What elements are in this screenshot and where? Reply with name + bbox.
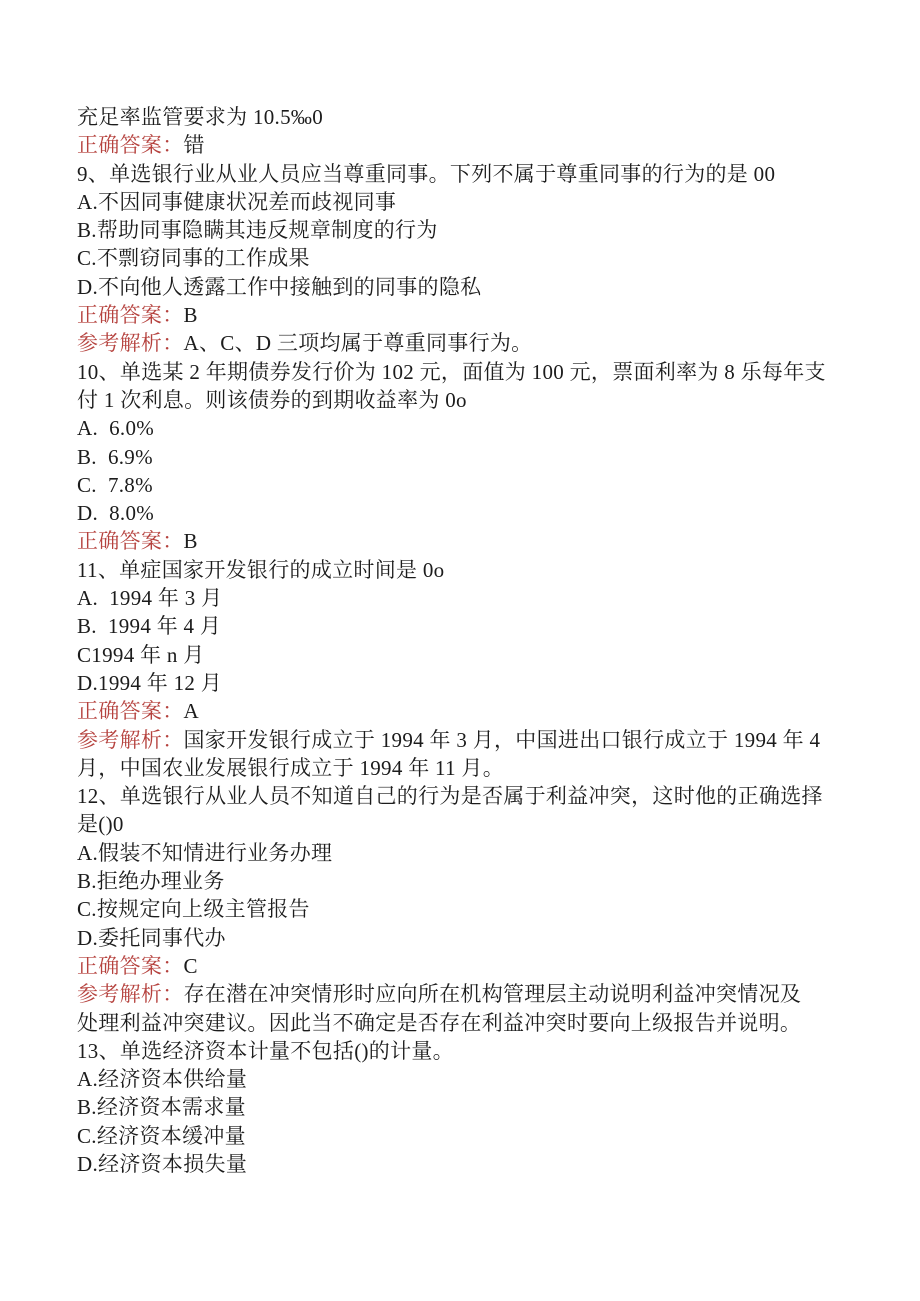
line-text: A. 6.0%: [77, 416, 154, 440]
question-line: 9、单选银行业从业人员应当尊重同事。下列不属于尊重同事的行为的是 00: [77, 160, 859, 188]
line-text: 月，中国农业发展银行成立于 1994 年 11 月。: [77, 756, 504, 780]
line-text: D. 8.0%: [77, 501, 154, 525]
line-text: C.经济资本缓冲量: [77, 1124, 246, 1148]
line-text: A、C、D 三项均属于尊重同事行为。: [184, 331, 533, 355]
option-line: C.经济资本缓冲量: [77, 1122, 859, 1150]
line-text: 9、单选银行业从业人员应当尊重同事。下列不属于尊重同事的行为的是 00: [77, 162, 775, 186]
line-text: 10、单选某 2 年期债券发行价为 102 元，面值为 100 元，票面利率为 …: [77, 360, 826, 384]
option-line: B.帮助同事隐瞒其违反规章制度的行为: [77, 216, 859, 244]
line-text: 是()0: [77, 812, 124, 836]
analysis-line: 参考解析：A、C、D 三项均属于尊重同事行为。: [77, 329, 859, 357]
line-text: 付 1 次利息。则该债券的到期收益率为 0o: [77, 388, 467, 412]
option-line: C.按规定向上级主管报告: [77, 895, 859, 923]
option-line: C.不剽窃同事的工作成果: [77, 244, 859, 272]
line-text: 存在潜在冲突情形时应向所在机构管理层主动说明利益冲突情况及: [184, 982, 802, 1006]
line-text: C.不剽窃同事的工作成果: [77, 246, 310, 270]
line-text: C.按规定向上级主管报告: [77, 897, 310, 921]
option-line: A. 1994 年 3 月: [77, 584, 859, 612]
answer-line: 正确答案：错: [77, 131, 859, 159]
text-line: 充足率监管要求为 10.5‰0: [77, 103, 859, 131]
option-line: D.经济资本损失量: [77, 1150, 859, 1178]
answer-line: 正确答案：C: [77, 952, 859, 980]
line-text: A.假装不知情进行业务办理: [77, 841, 332, 865]
line-text: A.经济资本供给量: [77, 1067, 247, 1091]
correct-answer-label: 正确答案：: [77, 529, 184, 553]
line-text: A. 1994 年 3 月: [77, 586, 222, 610]
line-text: 错: [184, 133, 205, 157]
answer-line: 正确答案：A: [77, 697, 859, 725]
line-text: B.帮助同事隐瞒其违反规章制度的行为: [77, 218, 438, 242]
line-text: 国家开发银行成立于 1994 年 3 月，中国进出口银行成立于 1994 年 4: [184, 728, 821, 752]
line-text: D.1994 年 12 月: [77, 671, 222, 695]
line-text: 处理利益冲突建议。因此当不确定是否存在利益冲突时要向上级报告并说明。: [77, 1011, 801, 1035]
line-text: C: [184, 954, 198, 978]
answer-line: 正确答案：B: [77, 527, 859, 555]
question-line: 12、单选银行从业人员不知道自己的行为是否属于利益冲突，这时他的正确选择: [77, 782, 859, 810]
line-text: 11、单症国家开发银行的成立时间是 0o: [77, 558, 444, 582]
line-text: B. 1994 年 4 月: [77, 614, 221, 638]
line-text: B: [184, 529, 198, 553]
text-line: 月，中国农业发展银行成立于 1994 年 11 月。: [77, 754, 859, 782]
question-line: 13、单选经济资本计量不包括()的计量。: [77, 1037, 859, 1065]
line-text: B. 6.9%: [77, 445, 153, 469]
line-text: B.经济资本需求量: [77, 1095, 246, 1119]
line-text: B.拒绝办理业务: [77, 869, 225, 893]
line-text: A.不因同事健康状况差而歧视同事: [77, 190, 396, 214]
document-content: 充足率监管要求为 10.5‰0正确答案：错9、单选银行业从业人员应当尊重同事。下…: [77, 103, 859, 1178]
line-text: D.不向他人透露工作中接触到的同事的隐私: [77, 275, 481, 299]
correct-answer-label: 正确答案：: [77, 954, 184, 978]
correct-answer-label: 正确答案：: [77, 303, 184, 327]
correct-answer-label: 正确答案：: [77, 133, 184, 157]
text-line: 是()0: [77, 810, 859, 838]
line-text: A: [184, 699, 199, 723]
question-line: 10、单选某 2 年期债券发行价为 102 元，面值为 100 元，票面利率为 …: [77, 358, 859, 386]
analysis-label: 参考解析：: [77, 331, 184, 355]
option-line: A.经济资本供给量: [77, 1065, 859, 1093]
correct-answer-label: 正确答案：: [77, 699, 184, 723]
line-text: D.经济资本损失量: [77, 1152, 247, 1176]
option-line: B. 1994 年 4 月: [77, 612, 859, 640]
line-text: 13、单选经济资本计量不包括()的计量。: [77, 1039, 454, 1063]
line-text: C. 7.8%: [77, 473, 153, 497]
option-line: A.假装不知情进行业务办理: [77, 839, 859, 867]
option-line: D.不向他人透露工作中接触到的同事的隐私: [77, 273, 859, 301]
option-line: B.拒绝办理业务: [77, 867, 859, 895]
option-line: D.委托同事代办: [77, 924, 859, 952]
line-text: B: [184, 303, 198, 327]
option-line: C. 7.8%: [77, 471, 859, 499]
text-line: 付 1 次利息。则该债券的到期收益率为 0o: [77, 386, 859, 414]
option-line: D.1994 年 12 月: [77, 669, 859, 697]
analysis-label: 参考解析：: [77, 982, 184, 1006]
analysis-line: 参考解析：国家开发银行成立于 1994 年 3 月，中国进出口银行成立于 199…: [77, 726, 859, 754]
option-line: B. 6.9%: [77, 443, 859, 471]
line-text: D.委托同事代办: [77, 926, 226, 950]
document-page: 充足率监管要求为 10.5‰0正确答案：错9、单选银行业从业人员应当尊重同事。下…: [0, 0, 920, 1301]
line-text: C1994 年 n 月: [77, 643, 205, 667]
analysis-line: 参考解析：存在潜在冲突情形时应向所在机构管理层主动说明利益冲突情况及: [77, 980, 859, 1008]
question-line: 11、单症国家开发银行的成立时间是 0o: [77, 556, 859, 584]
option-line: D. 8.0%: [77, 499, 859, 527]
answer-line: 正确答案：B: [77, 301, 859, 329]
text-line: 处理利益冲突建议。因此当不确定是否存在利益冲突时要向上级报告并说明。: [77, 1009, 859, 1037]
line-text: 12、单选银行从业人员不知道自己的行为是否属于利益冲突，这时他的正确选择: [77, 784, 823, 808]
option-line: B.经济资本需求量: [77, 1093, 859, 1121]
line-text: 充足率监管要求为 10.5‰0: [77, 105, 323, 129]
analysis-label: 参考解析：: [77, 728, 184, 752]
option-line: A.不因同事健康状况差而歧视同事: [77, 188, 859, 216]
option-line: A. 6.0%: [77, 414, 859, 442]
option-line: C1994 年 n 月: [77, 641, 859, 669]
